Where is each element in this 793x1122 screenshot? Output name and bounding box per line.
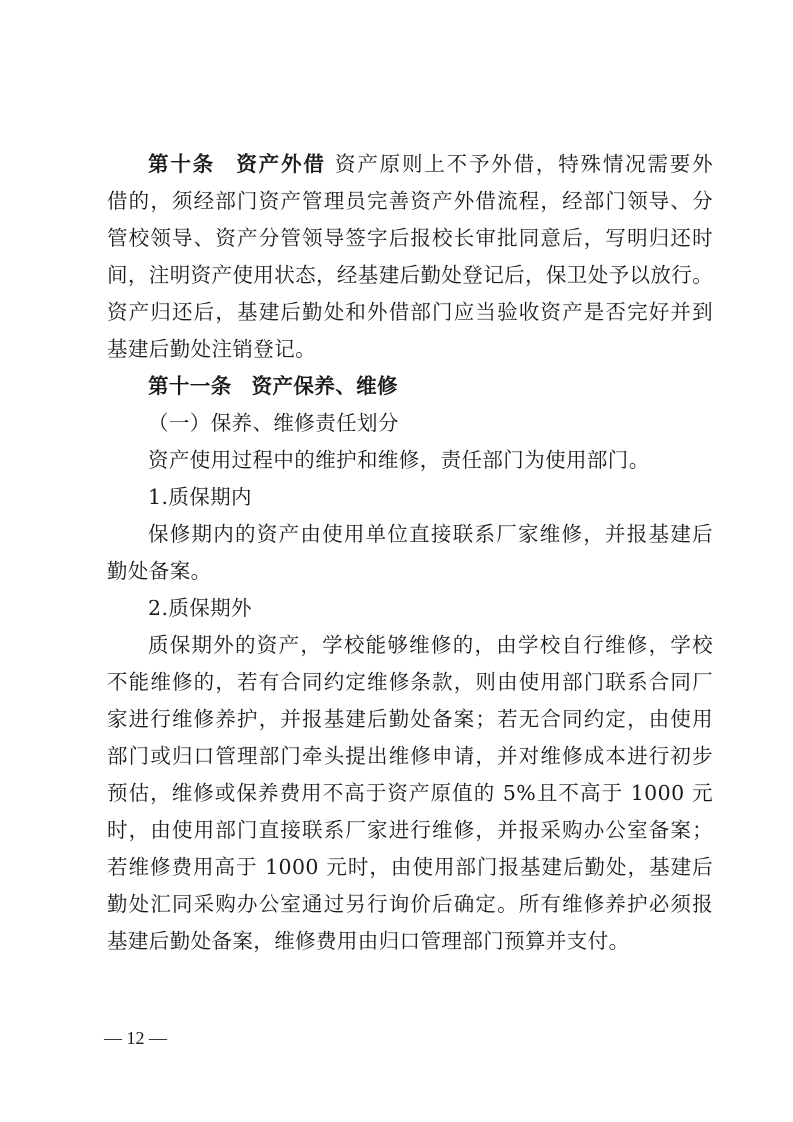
page-number: — 12 — [104, 1028, 167, 1049]
item-1-label: 1.质保期内 [148, 483, 713, 511]
item-2-line: 部门或归口管理部门牵头提出维修申请，并对维修成本进行初步 [107, 742, 713, 770]
article-10-title: 资产外借 [235, 152, 326, 176]
item-2-line: 勤处汇同采购办公室通过另行询价后确定。所有维修养护必须报 [107, 890, 713, 918]
item-2-label: 2.质保期外 [148, 594, 713, 622]
item-1-line: 勤处备案。 [107, 557, 713, 585]
article-10-first-line: 第十条资产外借资产原则上不予外借，特殊情况需要外 [148, 150, 713, 178]
item-2-line: 不能维修的，若有合同约定维修条款，则由使用部门联系合同厂 [107, 668, 713, 696]
article-10-line: 资产归还后，基建后勤处和外借部门应当验收资产是否完好并到 [107, 298, 713, 326]
article-11-heading: 第十一条 [148, 374, 232, 398]
article-11-heading-line: 第十一条资产保养、维修 [148, 372, 713, 400]
responsibility-text: 资产使用过程中的维护和维修，责任部门为使用部门。 [148, 446, 713, 474]
article-10-line: 管校领导、资产分管领导签字后报校长审批同意后，写明归还时 [107, 224, 713, 252]
subsection-heading: （一）保养、维修责任划分 [148, 409, 713, 437]
item-2-line: 预估，维修或保养费用不高于资产原值的 5%且不高于 1000 元 [107, 779, 713, 807]
article-10-line: 基建后勤处注销登记。 [107, 335, 713, 363]
item-2-line: 时，由使用部门直接联系厂家进行维修，并报采购办公室备案； [107, 816, 713, 844]
article-10-line: 借的，须经部门资产管理员完善资产外借流程，经部门领导、分 [107, 187, 713, 215]
article-11-title: 资产保养、维修 [252, 374, 398, 398]
document-page: 第十条资产外借资产原则上不予外借，特殊情况需要外 借的，须经部门资产管理员完善资… [0, 0, 793, 1122]
item-2-line: 质保期外的资产，学校能够维修的，由学校自行维修，学校 [148, 631, 713, 659]
article-10-line: 间，注明资产使用状态，经基建后勤处登记后，保卫处予以放行。 [107, 261, 713, 289]
item-2-line: 家进行维修养护，并报基建后勤处备案；若无合同约定，由使用 [107, 705, 713, 733]
item-1-line: 保修期内的资产由使用单位直接联系厂家维修，并报基建后 [148, 520, 713, 548]
article-10-text: 资产原则上不予外借，特殊情况需要外 [334, 152, 713, 176]
item-2-line: 若维修费用高于 1000 元时，由使用部门报基建后勤处，基建后 [107, 853, 713, 881]
article-10-heading: 第十条 [148, 152, 215, 176]
item-2-line: 基建后勤处备案，维修费用由归口管理部门预算并支付。 [107, 927, 713, 955]
